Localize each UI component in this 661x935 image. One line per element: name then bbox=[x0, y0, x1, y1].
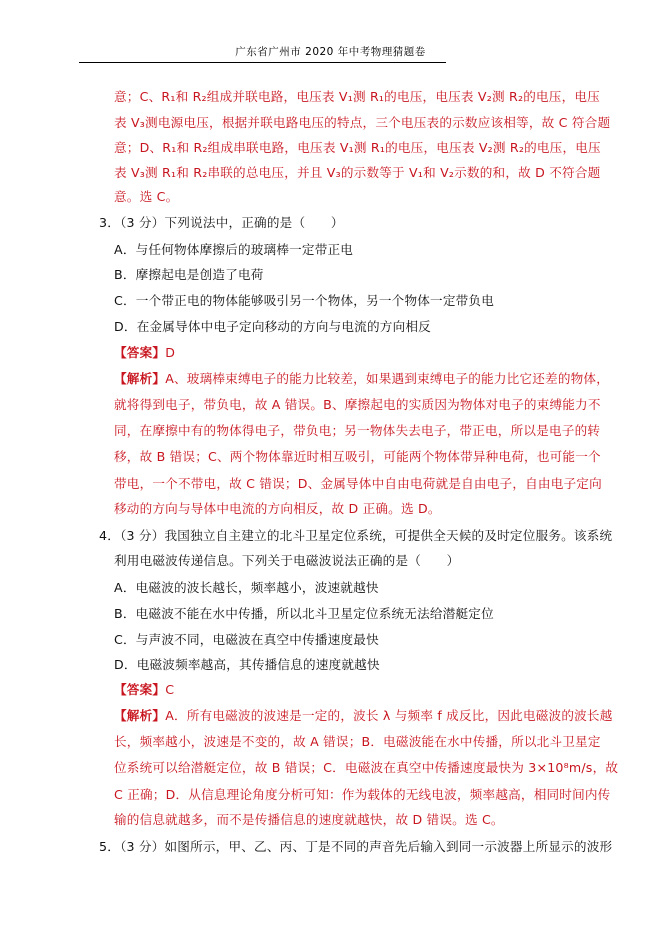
analysis-line: 移，故 B 错误；C、两个物体靠近时相互吸引，可能两个物体带异种电荷，也可能一个 bbox=[114, 449, 601, 465]
analysis-line: 输的信息就越多，而不是传播信息的速度就越快，故 D 错误。选 C。 bbox=[114, 812, 504, 828]
analysis-label: 【解析】 bbox=[114, 708, 165, 723]
analysis-text: A．所有电磁波的波速是一定的，波长 λ 与频率 f 成反比，因此电磁波的波长越 bbox=[165, 708, 612, 723]
explanation-line: 意。选 C。 bbox=[114, 189, 178, 205]
option-b: B．摩擦起电是创造了电荷 bbox=[114, 267, 264, 283]
explanation-line: 表 V₃测电源电压，根据并联电路电压的特点，三个电压表的示数应该相等，故 C 符… bbox=[114, 115, 610, 131]
answer-value: C bbox=[165, 682, 174, 697]
option-c: C．与声波不同，电磁波在真空中传播速度最快 bbox=[114, 632, 379, 648]
explanation-line: 意；C、R₁和 R₂组成并联电路，电压表 V₁测 R₁的电压，电压表 V₂测 R… bbox=[114, 89, 600, 105]
analysis-text: A、玻璃棒束缚电子的能力比较差，如果遇到束缚电子的能力比它还差的物体， bbox=[165, 371, 609, 386]
analysis-line: 移动的方向与导体中电流的方向相反，故 D 正确。选 D。 bbox=[114, 501, 441, 517]
explanation-line: 表 V₃测 R₁和 R₂串联的总电压，并且 V₃的示数等于 V₁和 V₂示数的和… bbox=[114, 165, 600, 181]
option-c: C．一个带正电的物体能够吸引另一个物体，另一个物体一定带负电 bbox=[114, 293, 494, 309]
analysis-line: 【解析】A、玻璃棒束缚电子的能力比较差，如果遇到束缚电子的能力比它还差的物体， bbox=[114, 371, 609, 387]
header-divider bbox=[79, 62, 446, 63]
analysis-line: 带电，一个不带电，故 C 错误；D、金属导体中自由电荷就是自由电子，自由电子定向 bbox=[114, 476, 602, 492]
option-b: B．电磁波不能在水中传播，所以北斗卫星定位系统无法给潜艇定位 bbox=[114, 606, 494, 622]
answer-label: 【答案】 bbox=[114, 682, 165, 697]
analysis-line: 同，在摩擦中有的物体得电子，带负电；另一物体失去电子，带正电，所以是电子的转 bbox=[114, 423, 600, 439]
option-d: D．电磁波频率越高，其传播信息的速度就越快 bbox=[114, 657, 380, 673]
analysis-label: 【解析】 bbox=[114, 371, 165, 386]
option-a: A．电磁波的波长越长，频率越小，波速就越快 bbox=[114, 580, 379, 596]
answer-line: 【答案】D bbox=[114, 345, 175, 361]
option-a: A．与任何物体摩擦后的玻璃棒一定带正电 bbox=[114, 242, 353, 258]
question-stem-cont: 利用电磁波传递信息。下列关于电磁波说法正确的是（ ） bbox=[114, 553, 459, 569]
answer-line: 【答案】C bbox=[114, 682, 174, 698]
option-d: D．在金属导体中电子定向移动的方向与电流的方向相反 bbox=[114, 319, 431, 335]
explanation-line: 意；D、R₁和 R₂组成串联电路，电压表 V₁测 R₁的电压，电压表 V₂测 R… bbox=[114, 140, 601, 156]
question-stem: 4．（3 分）我国独立自主建立的北斗卫星定位系统，可提供全天候的及时定位服务。该… bbox=[99, 528, 612, 544]
question-stem: 5．（3 分）如图所示，甲、乙、丙、丁是不同的声音先后输入到同一示波器上所显示的… bbox=[99, 839, 612, 855]
header-title: 广东省广州市 2020 年中考物理猜题卷 bbox=[0, 44, 661, 59]
question-stem: 3．（3 分）下列说法中，正确的是（ ） bbox=[99, 215, 344, 231]
answer-value: D bbox=[165, 345, 175, 360]
analysis-line: 【解析】A．所有电磁波的波速是一定的，波长 λ 与频率 f 成反比，因此电磁波的… bbox=[114, 708, 613, 724]
analysis-line: 位系统可以给潜艇定位，故 B 错误；C．电磁波在真空中传播速度最快为 3×10⁸… bbox=[114, 760, 618, 776]
analysis-line: 就将得到电子，带负电，故 A 错误。B、摩擦起电的实质因为物体对电子的束缚能力不 bbox=[114, 397, 601, 413]
analysis-line: 长，频率越小，波速是不变的，故 A 错误；B．电磁波能在水中传播，所以北斗卫星定 bbox=[114, 734, 601, 750]
analysis-line: C 正确；D．从信息理论角度分析可知：作为载体的无线电波，频率越高，相同时间内传 bbox=[114, 787, 610, 803]
answer-label: 【答案】 bbox=[114, 345, 165, 360]
